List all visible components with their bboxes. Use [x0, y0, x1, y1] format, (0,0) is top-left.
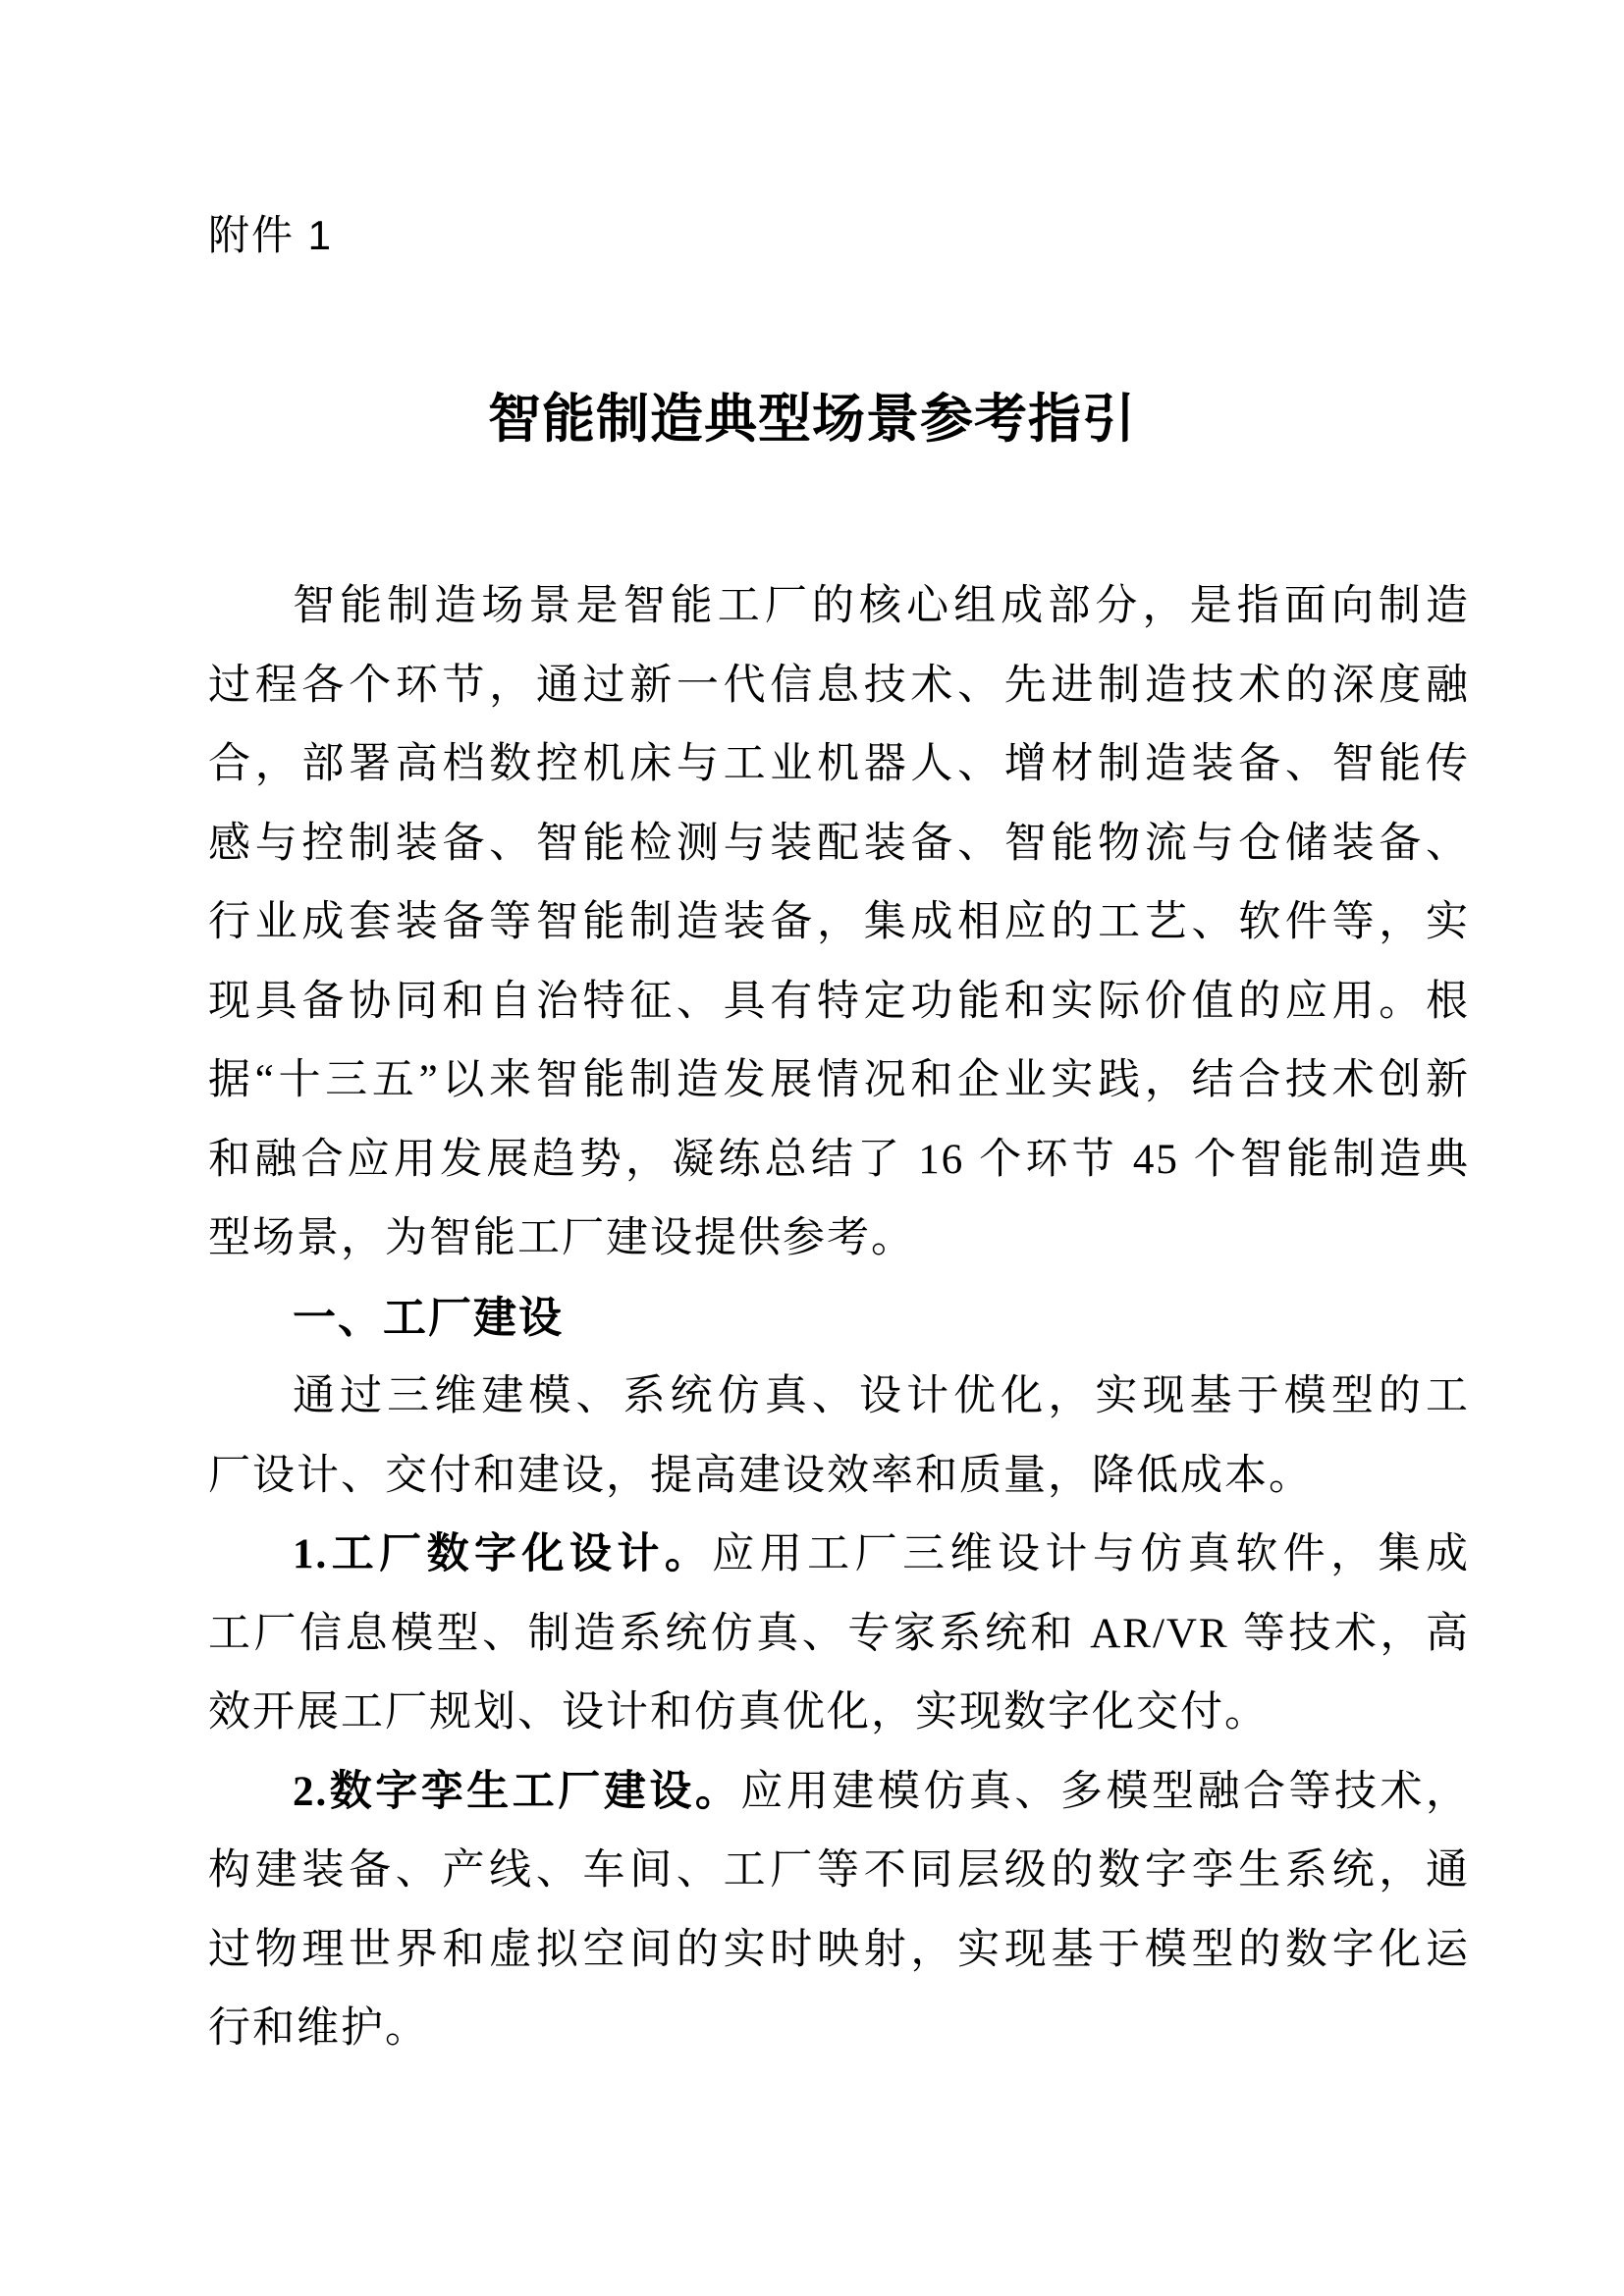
- item1-line-2: 工厂信息模型、制造系统仿真、专家系统和 AR/VR 等技术，高: [208, 1595, 1470, 1675]
- document-title: 智能制造典型场景参考指引: [0, 393, 1624, 446]
- para1-line-1: 智能制造场景是智能工厂的核心组成部分，是指面向制造: [208, 567, 1470, 647]
- para1-line-6: 现具备协同和自治特征、具有特定功能和实际价值的应用。根: [208, 963, 1470, 1042]
- section1-intro-line-1: 通过三维建模、系统仿真、设计优化，实现基于模型的工: [208, 1358, 1470, 1437]
- item2-lead: 2.数字孪生工厂建设。: [293, 1769, 740, 1815]
- para1-line-9: 型场景，为智能工厂建设提供参考。: [208, 1200, 1470, 1279]
- document-body: 智能制造场景是智能工厂的核心组成部分，是指面向制造 过程各个环节，通过新一代信息…: [208, 567, 1470, 2069]
- para1-line-2: 过程各个环节，通过新一代信息技术、先进制造技术的深度融: [208, 647, 1470, 726]
- para1-line-4: 感与控制装备、智能检测与装配装备、智能物流与仓储装备、: [208, 805, 1470, 884]
- document-page: 附件 1 智能制造典型场景参考指引 智能制造场景是智能工厂的核心组成部分，是指面…: [0, 0, 1624, 2296]
- item2-line-1: 2.数字孪生工厂建设。应用建模仿真、多模型融合等技术，: [208, 1753, 1470, 1833]
- item1-line-3: 效开展工厂规划、设计和仿真优化，实现数字化交付。: [208, 1674, 1470, 1753]
- item1-line-1: 1.工厂数字化设计。应用工厂三维设计与仿真软件，集成: [208, 1516, 1470, 1595]
- para1-line-8: 和融合应用发展趋势，凝练总结了 16 个环节 45 个智能制造典: [208, 1121, 1470, 1201]
- para1-line-7: 据“十三五”以来智能制造发展情况和企业实践，结合技术创新: [208, 1041, 1470, 1121]
- attachment-label: 附件 1: [208, 215, 333, 256]
- para1-line-3: 合，部署高档数控机床与工业机器人、增材制造装备、智能传: [208, 725, 1470, 805]
- item2-line-2: 构建装备、产线、车间、工厂等不同层级的数字孪生系统，通: [208, 1832, 1470, 1911]
- item2-line-4: 行和维护。: [208, 1990, 1470, 2069]
- para1-line-5: 行业成套装备等智能制造装备，集成相应的工艺、软件等，实: [208, 883, 1470, 963]
- section1-intro-line-2: 厂设计、交付和建设，提高建设效率和质量，降低成本。: [208, 1437, 1470, 1517]
- item2-line-3: 过物理世界和虚拟空间的实时映射，实现基于模型的数字化运: [208, 1911, 1470, 1991]
- item1-lead-rest: 应用工厂三维设计与仿真软件，集成: [712, 1531, 1470, 1577]
- item2-lead-rest: 应用建模仿真、多模型融合等技术，: [740, 1769, 1470, 1815]
- section1-heading: 一、工厂建设: [208, 1279, 1470, 1359]
- item1-lead: 1.工厂数字化设计。: [293, 1531, 712, 1577]
